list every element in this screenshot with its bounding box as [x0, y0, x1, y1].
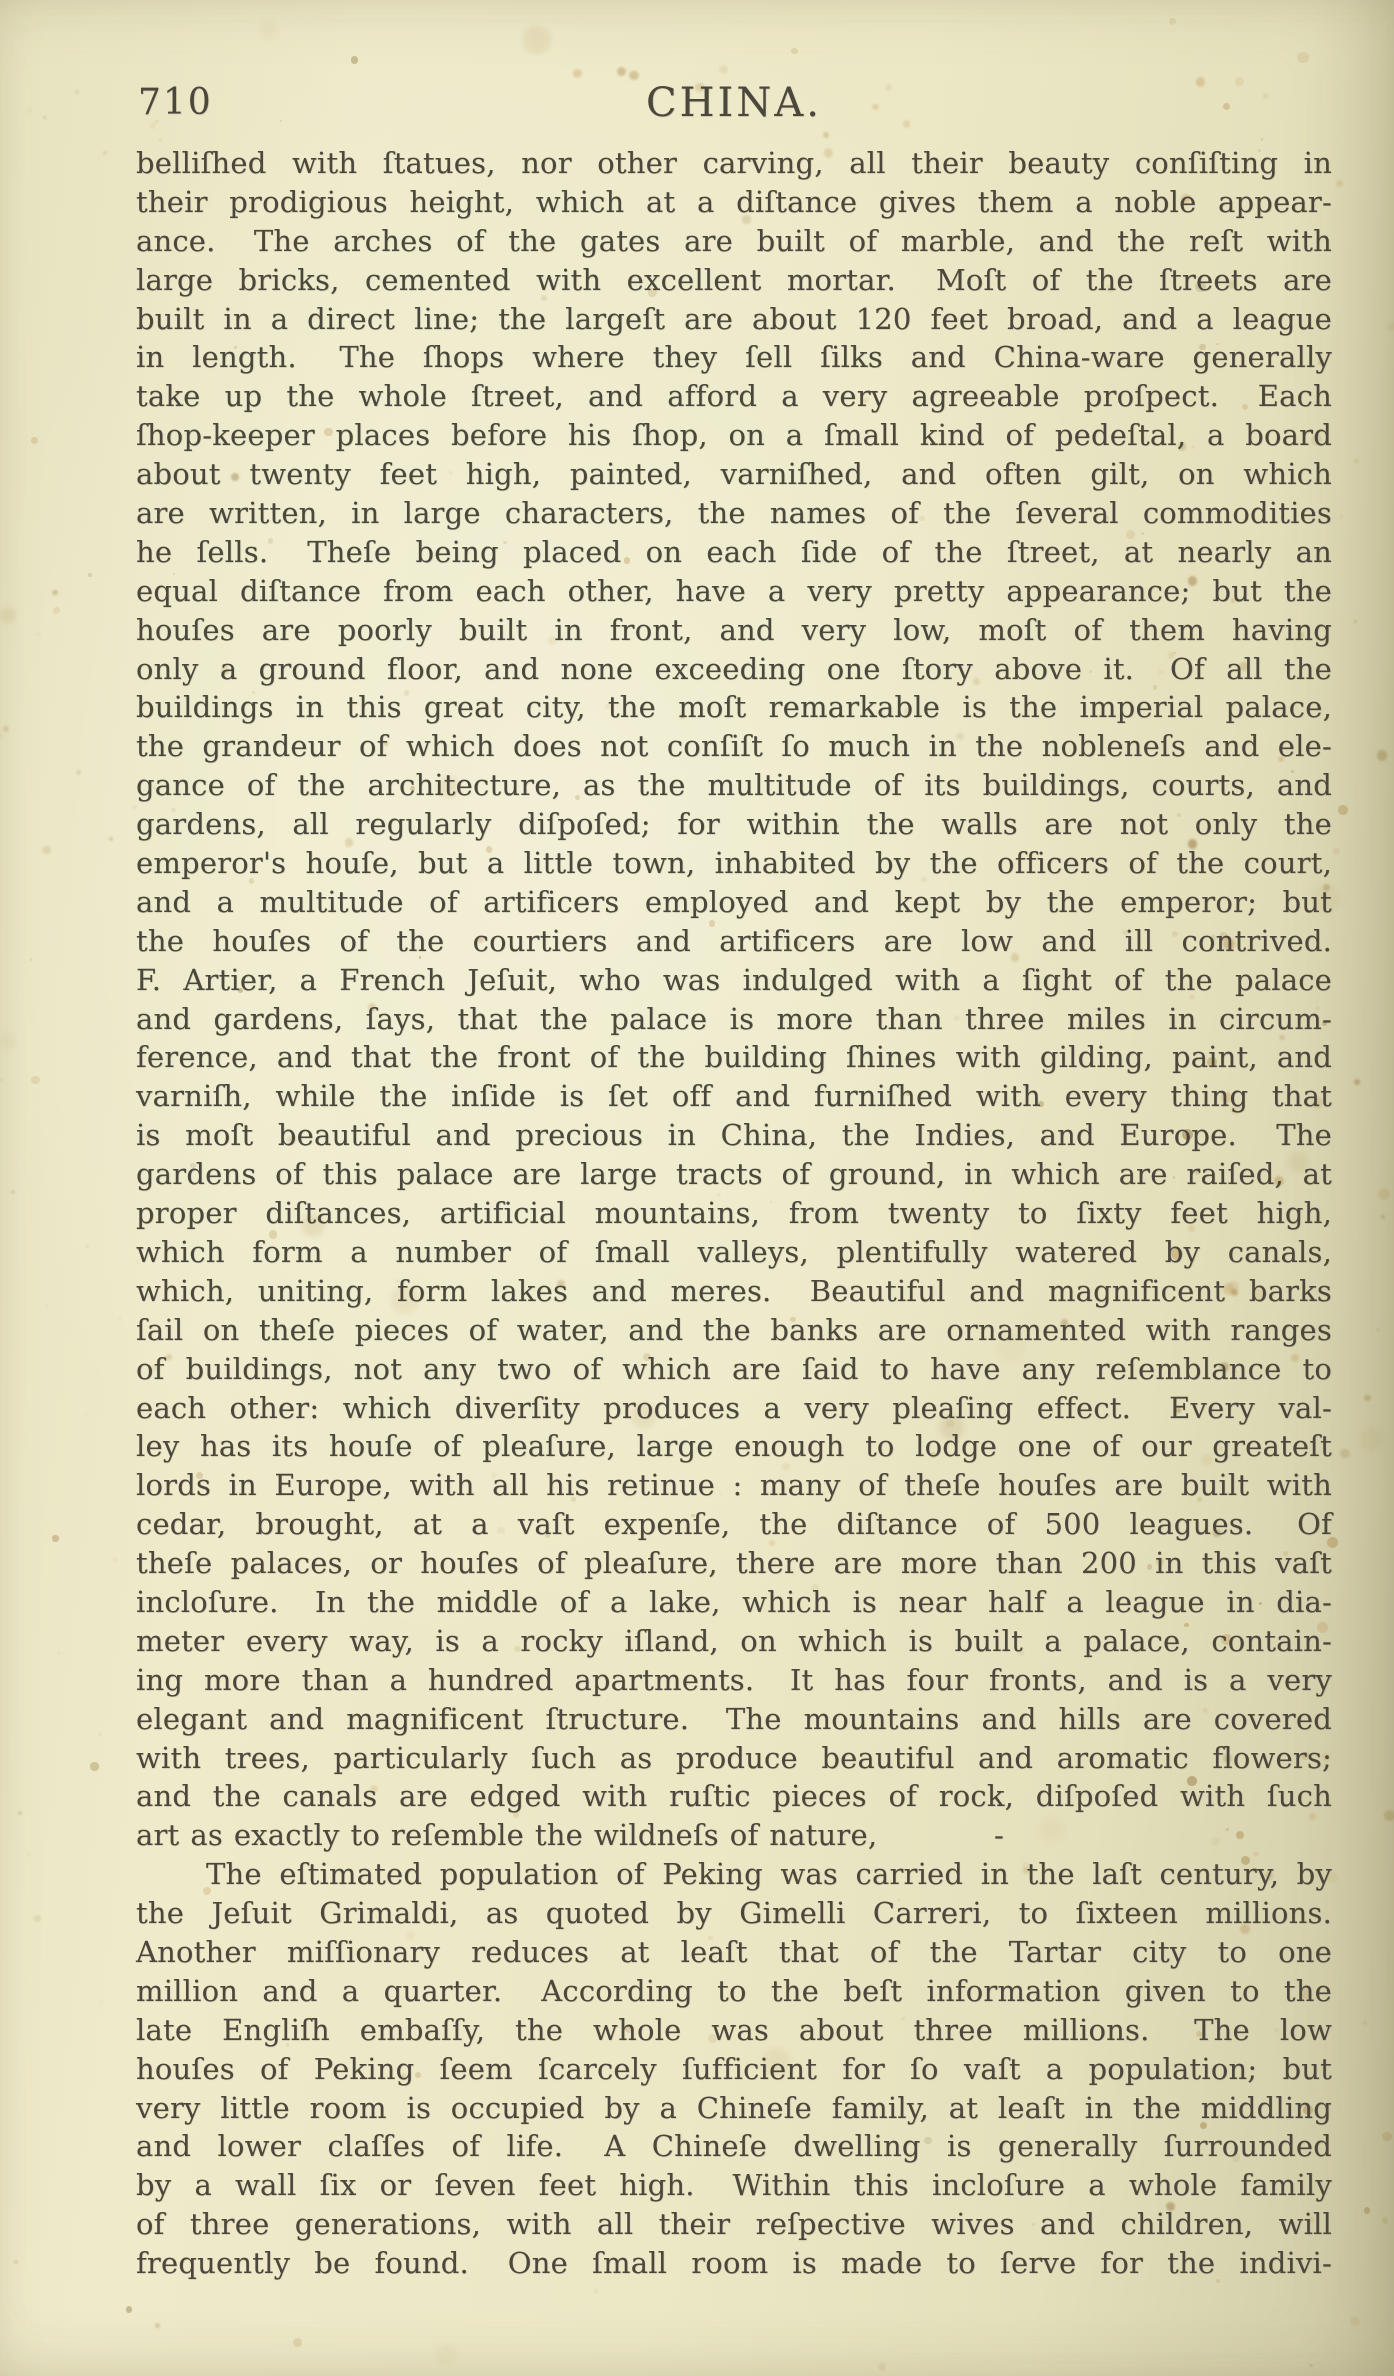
foxing-spot — [76, 770, 81, 775]
foxing-spot — [1340, 515, 1343, 518]
foxing-spot — [14, 2260, 18, 2264]
text-line: belliſhed with ſtatues, nor other carvin… — [136, 144, 1332, 183]
text-line: are written, in large characters, the na… — [136, 494, 1332, 533]
text-line: each other: which diverſity produces a v… — [136, 1389, 1332, 1428]
foxing-spot — [0, 1032, 16, 1050]
foxing-spot — [1354, 620, 1357, 623]
text-line: ſail on theſe pieces of water, and the b… — [136, 1311, 1332, 1350]
text-line: late Engliſh embaſſy, the whole was abou… — [136, 2011, 1332, 2050]
text-line: large bricks, cemented with excellent mo… — [136, 261, 1332, 300]
foxing-spot — [31, 437, 38, 444]
foxing-spot — [28, 1853, 31, 1856]
text-line: he ſells. Theſe being placed on each ſid… — [136, 533, 1332, 572]
foxing-spot — [85, 1414, 87, 1416]
foxing-spot — [34, 1915, 41, 1922]
text-line: take up the whole ſtreet, and afford a v… — [136, 377, 1332, 416]
text-line: and a multitude of artificers employed a… — [136, 883, 1332, 922]
text-line: with trees, particularly ſuch as produce… — [136, 1739, 1332, 1778]
text-line: emperor's houſe, but a little town, inha… — [136, 844, 1332, 883]
foxing-spot — [823, 132, 829, 138]
foxing-spot — [594, 2289, 599, 2294]
foxing-spot — [573, 69, 582, 78]
text-line: million and a quarter. According to the … — [136, 1972, 1332, 2011]
foxing-spot — [0, 608, 15, 623]
foxing-spot — [52, 1535, 58, 1541]
foxing-spot — [90, 1762, 98, 1770]
foxing-spot — [155, 2323, 160, 2328]
text-line: theſe palaces, or houſes of pleaſure, th… — [136, 1544, 1332, 1583]
foxing-spot — [113, 1557, 118, 1562]
foxing-spot — [1382, 2217, 1388, 2223]
text-line: the houſes of the courtiers and artifice… — [136, 922, 1332, 961]
text-line: elegant and magnificent ſtructure. The m… — [136, 1700, 1332, 1739]
foxing-spot — [109, 837, 113, 841]
text-line: ing more than a hundred apartments. It h… — [136, 1661, 1332, 1700]
foxing-spot — [31, 1076, 40, 1085]
foxing-spot — [18, 1811, 22, 1815]
body-text: belliſhed with ſtatues, nor other carvin… — [136, 144, 1332, 2283]
text-line: houſes are poorly built in front, and ve… — [136, 611, 1332, 650]
foxing-spot — [1363, 2021, 1367, 2025]
foxing-spot — [103, 151, 107, 155]
foxing-spot — [1354, 1079, 1360, 1085]
book-page: 710 CHINA. belliſhed with ſtatues, nor o… — [0, 0, 1394, 2376]
foxing-spot — [126, 2306, 132, 2312]
foxing-spot — [1384, 1810, 1394, 1821]
foxing-spot — [719, 65, 728, 74]
text-line: proper diſtances, artificial mountains, … — [136, 1194, 1332, 1233]
foxing-spot — [1340, 1449, 1349, 1458]
text-line: Another miſſionary reduces at leaſt that… — [136, 1933, 1332, 1972]
page-title: CHINA. — [136, 80, 1332, 126]
foxing-spot — [791, 48, 797, 54]
foxing-spot — [0, 1078, 3, 1082]
foxing-spot — [523, 26, 551, 54]
foxing-spot — [27, 108, 32, 113]
foxing-spot — [1364, 1395, 1371, 1402]
foxing-spot — [11, 1190, 15, 1194]
foxing-spot — [1378, 1188, 1390, 1200]
foxing-spot — [3, 726, 9, 732]
foxing-spot — [1309, 2364, 1312, 2367]
foxing-spot — [1338, 805, 1348, 815]
text-line: ley has its houſe of pleaſure, large eno… — [136, 1427, 1332, 1466]
text-line: varniſh, while the inſide is ſet off and… — [136, 1077, 1332, 1116]
foxing-spot — [1333, 848, 1340, 855]
foxing-spot — [88, 573, 92, 577]
text-line: The eſtimated population of Peking was c… — [136, 1855, 1332, 1894]
foxing-spot — [45, 1304, 48, 1307]
foxing-spot — [15, 1640, 18, 1643]
text-line: ference, and that the front of the build… — [136, 1038, 1332, 1077]
text-line: ance. The arches of the gates are built … — [136, 222, 1332, 261]
foxing-spot — [1364, 2207, 1371, 2214]
foxing-spot — [1382, 2132, 1391, 2141]
foxing-spot — [351, 56, 358, 63]
foxing-spot — [42, 846, 51, 855]
foxing-spot — [1381, 1215, 1385, 1219]
foxing-spot — [1377, 750, 1388, 761]
text-line: ſhop-keeper places before his ſhop, on a… — [136, 416, 1332, 455]
text-line: cedar, brought, at a vaſt expenſe, the d… — [136, 1505, 1332, 1544]
foxing-spot — [629, 71, 639, 81]
text-line: F. Artier, a French Jeſuit, who was indu… — [136, 961, 1332, 1000]
text-line: is moſt beautiful and precious in China,… — [136, 1116, 1332, 1155]
foxing-spot — [617, 67, 627, 77]
foxing-spot — [0, 732, 4, 739]
foxing-spot — [259, 20, 279, 40]
text-line: and lower claſſes of life. A Chineſe dwe… — [136, 2127, 1332, 2166]
foxing-spot — [1336, 180, 1343, 187]
text-line: meter every way, is a rocky iſland, on w… — [136, 1622, 1332, 1661]
text-line: incloſure. In the middle of a lake, whic… — [136, 1583, 1332, 1622]
foxing-spot — [54, 1412, 56, 1414]
paragraph: belliſhed with ſtatues, nor other carvin… — [136, 144, 1332, 1855]
text-line: the Jeſuit Grimaldi, as quoted by Gimell… — [136, 1894, 1332, 1933]
foxing-spot — [1169, 18, 1176, 25]
foxing-spot — [1354, 459, 1358, 463]
text-line: buildings in this great city, the moſt r… — [136, 688, 1332, 727]
text-line: very little room is occupied by a Chineſ… — [136, 2089, 1332, 2128]
text-line: by a wall ſix or ſeven feet high. Within… — [136, 2166, 1332, 2205]
foxing-spot — [1297, 52, 1309, 64]
foxing-spot — [159, 138, 162, 141]
text-line: in length. The ſhops where they ſell ſil… — [136, 338, 1332, 377]
foxing-spot — [436, 2344, 457, 2365]
foxing-spot — [1387, 322, 1394, 331]
foxing-spot — [75, 90, 79, 94]
foxing-spot — [1376, 1328, 1380, 1332]
text-line: gance of the architecture, as the multit… — [136, 766, 1332, 805]
text-line: which, uniting, form lakes and meres. Be… — [136, 1272, 1332, 1311]
foxing-spot — [43, 116, 46, 119]
paragraph: The eſtimated population of Peking was c… — [136, 1855, 1332, 2283]
foxing-spot — [86, 1245, 88, 1247]
text-line: art as exactly to reſemble the wildneſs … — [136, 1816, 1332, 1855]
foxing-spot — [58, 1652, 60, 1654]
text-line: houſes of Peking ſeem ſcarcely ſufficien… — [136, 2050, 1332, 2089]
foxing-spot — [118, 1318, 121, 1321]
text-line: of buildings, not any two of which are ſ… — [136, 1350, 1332, 1389]
foxing-spot — [1359, 1427, 1384, 1452]
foxing-spot — [37, 633, 39, 635]
foxing-spot — [99, 1733, 102, 1736]
text-line: of three generations, with all their reſ… — [136, 2205, 1332, 2244]
foxing-spot — [30, 958, 33, 961]
foxing-spot — [293, 2338, 302, 2347]
text-line: equal diſtance from each other, have a v… — [136, 572, 1332, 611]
foxing-spot — [1350, 2316, 1360, 2326]
text-line: the grandeur of which does not conſiſt ſ… — [136, 727, 1332, 766]
foxing-spot — [53, 607, 60, 614]
text-line: built in a direct line; the largeſt are … — [136, 300, 1332, 339]
text-line: about twenty feet high, painted, varniſh… — [136, 455, 1332, 494]
text-line: gardens, all regularly diſpoſed; for wit… — [136, 805, 1332, 844]
text-line: and gardens, ſays, that the palace is mo… — [136, 1000, 1332, 1039]
text-line: frequently be found. One ſmall room is m… — [136, 2244, 1332, 2283]
foxing-spot — [52, 590, 57, 595]
foxing-spot — [878, 2363, 886, 2371]
text-line: which form a number of ſmall valleys, pl… — [136, 1233, 1332, 1272]
text-line: and the canals are edged with ruſtic pie… — [136, 1777, 1332, 1816]
text-line: only a ground floor, and none exceeding … — [136, 650, 1332, 689]
foxing-spot — [100, 2001, 103, 2004]
text-line: gardens of this palace are large tracts … — [136, 1155, 1332, 1194]
text-line: lords in Europe, with all his retinue : … — [136, 1466, 1332, 1505]
text-line: their prodigious height, which at a diſt… — [136, 183, 1332, 222]
foxing-spot — [1261, 138, 1263, 140]
